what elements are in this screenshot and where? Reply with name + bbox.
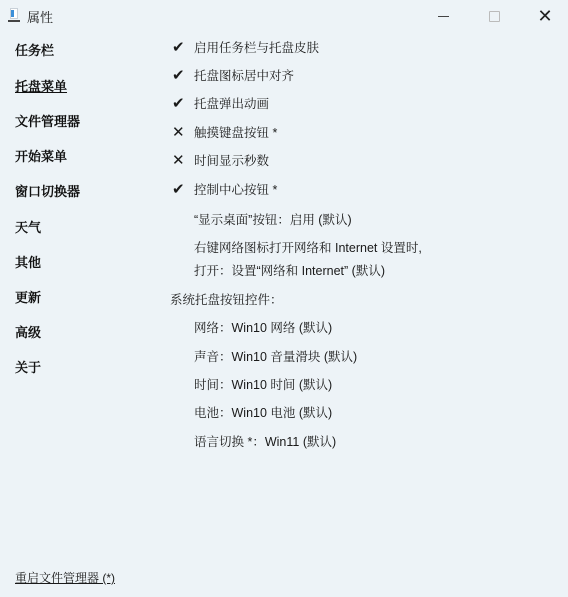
- tray-control-sound[interactable]: 声音：Win10 音量滑块 (默认): [194, 347, 357, 365]
- network-right-click-setting[interactable]: 右键网络图标打开网络和 Internet 设置时,: [194, 238, 422, 256]
- check-icon: ✔: [172, 94, 194, 112]
- sidebar-item-tray-menu[interactable]: 托盘菜单: [15, 76, 67, 95]
- maximize-icon: [489, 11, 500, 22]
- tray-control-language[interactable]: 语言切换 *：Win11 (默认): [194, 432, 336, 450]
- option-label: 控制中心按钮 *: [194, 180, 277, 198]
- option-tray-animation[interactable]: ✔ 托盘弹出动画: [172, 94, 269, 112]
- cross-icon: ✕: [172, 151, 194, 169]
- minimize-button[interactable]: [420, 0, 466, 32]
- sidebar-item-advanced[interactable]: 高级: [15, 322, 41, 341]
- option-control-center[interactable]: ✔ 控制中心按钮 *: [172, 180, 277, 198]
- option-center-tray-icons[interactable]: ✔ 托盘图标居中对齐: [172, 66, 294, 84]
- option-show-seconds[interactable]: ✕ 时间显示秒数: [172, 151, 269, 169]
- tray-control-time[interactable]: 时间：Win10 时间 (默认): [194, 375, 332, 393]
- check-icon: ✔: [172, 180, 194, 198]
- sidebar-item-taskbar[interactable]: 任务栏: [15, 40, 54, 59]
- check-icon: ✔: [172, 38, 194, 56]
- option-label: 时间显示秒数: [194, 151, 269, 169]
- sidebar-item-file-manager[interactable]: 文件管理器: [15, 111, 80, 130]
- app-icon: [8, 8, 20, 22]
- sidebar-item-start-menu[interactable]: 开始菜单: [15, 146, 67, 165]
- sidebar-item-window-switcher[interactable]: 窗口切换器: [15, 181, 80, 200]
- title-bar[interactable]: 属性 ✕: [0, 0, 568, 32]
- option-label: 启用任务栏与托盘皮肤: [194, 38, 319, 56]
- cross-icon: ✕: [172, 123, 194, 141]
- close-button[interactable]: ✕: [522, 0, 568, 32]
- show-desktop-setting[interactable]: “显示桌面”按钮：启用 (默认): [194, 210, 352, 228]
- maximize-button[interactable]: [471, 0, 517, 32]
- option-enable-skin[interactable]: ✔ 启用任务栏与托盘皮肤: [172, 38, 319, 56]
- option-touch-keyboard[interactable]: ✕ 触摸键盘按钮 *: [172, 123, 277, 141]
- network-right-click-value[interactable]: 打开：设置“网络和 Internet” (默认): [194, 261, 385, 279]
- sidebar-item-other[interactable]: 其他: [15, 252, 41, 271]
- sidebar-item-update[interactable]: 更新: [15, 287, 41, 306]
- minimize-icon: [438, 16, 449, 17]
- tray-controls-header: 系统托盘按钮控件：: [170, 290, 283, 308]
- tray-control-network[interactable]: 网络：Win10 网络 (默认): [194, 318, 332, 336]
- option-label: 托盘弹出动画: [194, 94, 269, 112]
- option-label: 触摸键盘按钮 *: [194, 123, 277, 141]
- window-title: 属性: [27, 7, 53, 26]
- close-icon: ✕: [537, 6, 552, 27]
- tray-control-battery[interactable]: 电池：Win10 电池 (默认): [194, 403, 332, 421]
- restart-file-manager-link[interactable]: 重启文件管理器 (*): [15, 569, 115, 586]
- check-icon: ✔: [172, 66, 194, 84]
- sidebar-item-weather[interactable]: 天气: [15, 217, 41, 236]
- sidebar-item-about[interactable]: 关于: [15, 357, 41, 376]
- option-label: 托盘图标居中对齐: [194, 66, 294, 84]
